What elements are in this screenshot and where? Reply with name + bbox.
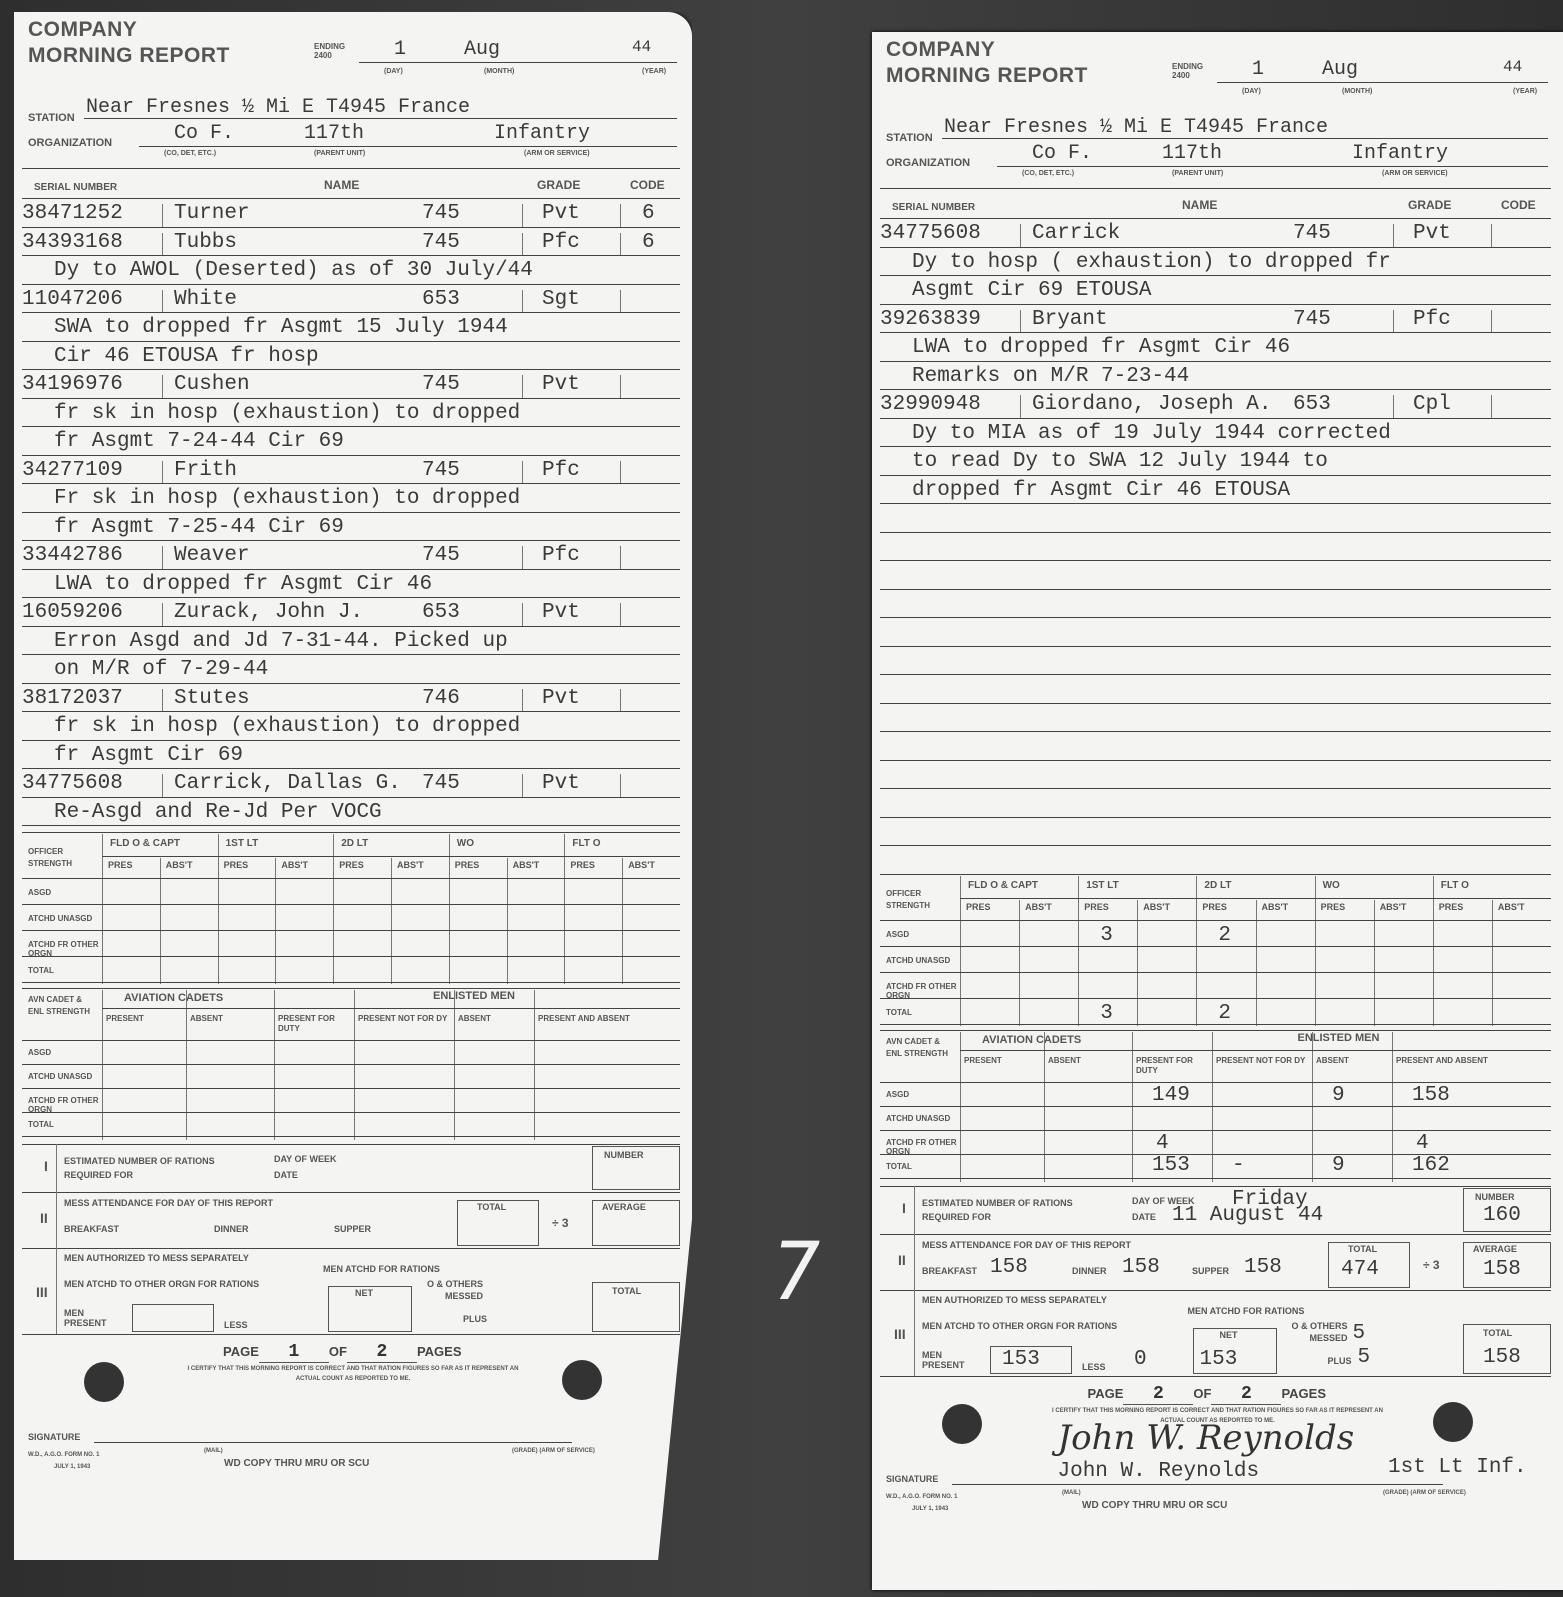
pages-label: PAGES: [417, 1344, 462, 1359]
col-name: NAME: [1182, 198, 1217, 212]
entry-serial: 38471252: [22, 202, 123, 225]
form-date: JULY 1, 1943: [54, 1464, 90, 1470]
enlisted-row-label: ATCHD UNASGD: [28, 1072, 100, 1081]
grand-total-label: TOTAL: [1483, 1328, 1512, 1338]
roman-i: I: [902, 1200, 906, 1216]
roman-ii: II: [898, 1252, 906, 1268]
entry-grade: Pvt: [542, 772, 580, 795]
blank-entry-rule: [880, 589, 1551, 590]
list-item: Dy to hosp ( exhaustion) to dropped fr: [872, 249, 1563, 278]
station-label: STATION: [28, 112, 75, 124]
serial-divider: [162, 290, 163, 313]
entry-grade: Pfc: [542, 459, 580, 482]
enlisted-col-divider: [186, 990, 187, 1140]
entry-rule: [22, 284, 680, 285]
organization-label: ORGANIZATION: [886, 157, 970, 169]
entry-rule: [22, 369, 680, 370]
grade-divider: [522, 689, 523, 712]
breakfast-label: BREAKFAST: [922, 1266, 977, 1276]
morning-report-page-1: COMPANYMORNING REPORTENDING 24001Aug44(D…: [14, 12, 692, 1560]
officer-row-label: ASGD: [886, 930, 958, 939]
enlisted-col-divider: [354, 990, 355, 1140]
org-arm: Infantry: [494, 122, 590, 145]
enlisted-row-label: ATCHD UNASGD: [886, 1114, 958, 1123]
roman-iii: III: [894, 1326, 906, 1342]
ending-day: 1: [1252, 58, 1264, 81]
entry-name: White: [174, 288, 237, 311]
entry-serial: 34196976: [22, 373, 123, 396]
org-unit: 117th: [304, 122, 364, 145]
officer-row-rule: [22, 982, 680, 983]
page-number-line: PAGE2OF2PAGES: [1088, 1384, 1327, 1405]
page-number-line: PAGE1OF2PAGES: [223, 1342, 462, 1363]
list-item: Dy to AWOL (Deserted) as of 30 July/44: [14, 257, 692, 286]
enlisted-col-divider: [960, 1032, 961, 1182]
station-line: [942, 138, 1548, 139]
entry-serial: 33442786: [22, 544, 123, 567]
blank-entry-rule: [880, 674, 1551, 675]
month-caption: (MONTH): [1342, 88, 1372, 95]
list-item: Remarks on M/R 7-23-44: [872, 363, 1563, 392]
roman-ii: II: [40, 1210, 48, 1226]
grade-divider: [522, 375, 523, 398]
abst-label: ABS'T: [1025, 902, 1052, 912]
entry-mos: 745: [422, 202, 460, 225]
entry-remark: Fr sk in hosp (exhaustion) to dropped: [54, 487, 520, 510]
blank-entry-rule: [880, 845, 1551, 846]
entry-rule: [22, 483, 680, 484]
officer-row-label: ATCHD UNASGD: [886, 956, 958, 965]
col-grade: GRADE: [537, 178, 580, 192]
enlisted-row-rule: [22, 1136, 680, 1137]
entry-grade: Pfc: [542, 544, 580, 567]
entry-name: Carrick: [1032, 222, 1120, 245]
pres-label: PRES: [108, 860, 133, 870]
net-label: NET: [355, 1288, 373, 1298]
code-divider: [620, 290, 621, 313]
entry-remark: Asgmt Cir 69 ETOUSA: [912, 279, 1151, 302]
enlisted-row-rule: [22, 1064, 680, 1065]
entry-grade: Pfc: [1413, 308, 1451, 331]
entry-rule: [22, 797, 680, 798]
enlisted-atchd-other-value: 4: [1156, 1132, 1169, 1155]
grade-divider: [522, 204, 523, 227]
serial-divider: [1020, 395, 1021, 418]
entry-rule: [22, 768, 680, 769]
entry-remark: Re-Asgd and Re-Jd Per VOCG: [54, 801, 382, 824]
entry-remark: to read Dy to SWA 12 July 1944 to: [912, 450, 1328, 473]
date-value: 11 August 44: [1172, 1204, 1323, 1227]
officer-group-3: WO: [1323, 880, 1340, 891]
officer-row-rule: [880, 946, 1551, 947]
others-messed-label: O & OTHERS MESSED: [403, 1278, 483, 1302]
entry-rule: [22, 255, 680, 256]
entry-name: Weaver: [174, 544, 250, 567]
pres-label: PRES: [966, 902, 991, 912]
rations-rule-2: [22, 1248, 680, 1249]
list-item: Re-Asgd and Re-Jd Per VOCG: [14, 799, 692, 828]
entry-rule: [22, 398, 680, 399]
enlisted-row-rule: [880, 1178, 1551, 1179]
pages-label: PAGES: [1281, 1386, 1326, 1401]
enlisted-col-0: PRESENT: [106, 1014, 184, 1024]
enlisted-row-label: TOTAL: [886, 1162, 958, 1171]
entry-grade: Sgt: [542, 288, 580, 311]
entry-rule: [22, 426, 680, 427]
blank-entry-rule: [880, 817, 1551, 818]
sub-divider: [391, 858, 392, 984]
pres-label: PRES: [1084, 902, 1109, 912]
year-caption: (YEAR): [642, 68, 666, 75]
enlisted-total-value: -: [1232, 1154, 1245, 1177]
officer-row-rule: [22, 930, 680, 931]
entry-serial: 34775608: [22, 772, 123, 795]
entry-serial: 11047206: [22, 288, 123, 311]
abst-label: ABS'T: [166, 860, 193, 870]
enlisted-header-bottom: [880, 1082, 1551, 1083]
less-label: LESS: [1082, 1362, 1106, 1372]
enlisted-col-3: PRESENT NOT FOR DY: [358, 1014, 452, 1024]
of-label: OF: [329, 1344, 347, 1359]
entry-rule: [22, 227, 680, 228]
of-label: OF: [1193, 1386, 1211, 1401]
entry-serial: 34775608: [880, 222, 981, 245]
entry-rule: [880, 332, 1551, 333]
officer-row-label: ATCHD UNASGD: [28, 914, 100, 923]
entry-code: 6: [642, 231, 655, 254]
supper-value: 158: [1244, 1256, 1282, 1279]
code-divider: [620, 461, 621, 484]
entry-mos: 745: [1293, 308, 1331, 331]
entry-grade: Cpl: [1413, 393, 1451, 416]
enlisted-row-rule: [22, 1088, 680, 1089]
enlisted-header-bottom: [22, 1040, 680, 1041]
list-item: 38172037Stutes746Pvt: [14, 685, 692, 714]
entry-rule: [880, 418, 1551, 419]
page-total: 2: [1211, 1384, 1281, 1405]
enlisted-strength-label: AVN CADET & ENL STRENGTH: [28, 994, 98, 1018]
entry-grade: Pvt: [1413, 222, 1451, 245]
enlisted-asgd-value: 149: [1152, 1084, 1190, 1107]
entry-rule: [22, 455, 680, 456]
entry-rule: [22, 569, 680, 570]
list-item: 11047206White653Sgt: [14, 286, 692, 315]
entry-remark: fr Asgmt Cir 69: [54, 744, 243, 767]
officer-row-rule: [22, 904, 680, 905]
form-number: W.D., A.G.O. FORM NO. 1: [886, 1494, 957, 1500]
sub-divider: [1374, 900, 1375, 1026]
enlisted-row-rule: [880, 1130, 1551, 1131]
entry-remark: Dy to AWOL (Deserted) as of 30 July/44: [54, 259, 533, 282]
org-unit: 117th: [1162, 142, 1222, 165]
ending-date-line: [359, 62, 677, 63]
entry-name: Turner: [174, 202, 250, 225]
enlisted-col-1: ABSENT: [1048, 1056, 1130, 1066]
station-value: Near Fresnes ½ Mi E T4945 France: [944, 116, 1328, 139]
abst-label: ABS'T: [1262, 902, 1289, 912]
entry-remark: LWA to dropped fr Asgmt Cir 46: [912, 336, 1290, 359]
entry-name: Giordano, Joseph A.: [1032, 393, 1271, 416]
enlisted-col-divider: [1392, 1032, 1393, 1182]
day-caption: (DAY): [1242, 88, 1261, 95]
morning-report-page-2: COMPANYMORNING REPORTENDING 24001Aug44(D…: [872, 32, 1563, 1590]
officer-row-rule: [880, 1024, 1551, 1025]
number-value: 160: [1483, 1204, 1521, 1227]
sub-divider: [160, 858, 161, 984]
enlisted-header-rule: [960, 1050, 1551, 1051]
entry-serial: 38172037: [22, 687, 123, 710]
list-item: Cir 46 ETOUSA fr hosp: [14, 343, 692, 372]
org-company: Co F.: [1032, 142, 1092, 165]
list-item: 33442786Weaver745Pfc: [14, 542, 692, 571]
signature-script: John W. Reynolds: [1058, 1418, 1355, 1458]
abst-label: ABS'T: [1143, 902, 1170, 912]
code-divider: [1491, 395, 1492, 418]
organization-label: ORGANIZATION: [28, 137, 112, 149]
list-item: 34775608Carrick, Dallas G.745Pvt: [14, 770, 692, 799]
enlisted-asgd-value: 9: [1332, 1084, 1345, 1107]
supper-label: SUPPER: [1192, 1266, 1229, 1276]
list-item: 16059206Zurack, John J.653Pvt: [14, 599, 692, 628]
entry-remark: on M/R of 7-29-44: [54, 658, 268, 681]
enlisted-col-divider: [1132, 1032, 1133, 1182]
pres-label: PRES: [339, 860, 364, 870]
enlisted-col-5: PRESENT AND ABSENT: [538, 1014, 678, 1024]
entry-mos: 745: [422, 231, 460, 254]
code-divider: [620, 774, 621, 797]
entry-mos: 745: [1293, 222, 1331, 245]
blank-entry-rule: [880, 703, 1551, 704]
entry-mos: 746: [422, 687, 460, 710]
abst-label: ABS'T: [513, 860, 540, 870]
dinner-label: DINNER: [214, 1224, 249, 1234]
org-caption-arm: (ARM OR SERVICE): [524, 150, 590, 157]
average-value: 158: [1483, 1258, 1521, 1281]
officer-row-rule: [880, 998, 1551, 999]
enlisted-col-5: PRESENT AND ABSENT: [1396, 1056, 1549, 1066]
mess-attendance-label: MESS ATTENDANCE FOR DAY OF THIS REPORT: [922, 1240, 1131, 1250]
entry-mos: 745: [422, 373, 460, 396]
plus-label: PLUS: [1328, 1356, 1352, 1366]
entry-rule: [22, 341, 680, 342]
entry-serial: 34277109: [22, 459, 123, 482]
sub-divider: [1256, 900, 1257, 1026]
form-subtitle: MORNING REPORT: [28, 44, 230, 68]
list-item: Fr sk in hosp (exhaustion) to dropped: [14, 485, 692, 514]
dinner-label: DINNER: [1072, 1266, 1107, 1276]
list-item: to read Dy to SWA 12 July 1944 to: [872, 448, 1563, 477]
org-caption-company: (CO, DET, ETC.): [164, 150, 216, 157]
enlisted-asgd-value: 158: [1412, 1084, 1450, 1107]
officer-group-1: 1ST LT: [1086, 880, 1119, 891]
entry-remark: fr sk in hosp (exhaustion) to dropped: [54, 715, 520, 738]
entry-rule: [22, 654, 680, 655]
col-serial-number: SERIAL NUMBER: [892, 202, 975, 213]
enlisted-col-divider: [1212, 1032, 1213, 1182]
binder-hole-left: [942, 1404, 982, 1444]
list-item: Dy to MIA as of 19 July 1944 corrected: [872, 420, 1563, 449]
signature-label: SIGNATURE: [886, 1474, 938, 1484]
code-divider: [620, 689, 621, 712]
enlisted-col-0: PRESENT: [964, 1056, 1042, 1066]
serial-divider: [162, 375, 163, 398]
officer-row-rule: [880, 972, 1551, 973]
officer-row-rule: [22, 956, 680, 957]
enlisted-col-divider: [1312, 1032, 1313, 1182]
mess-separately-label: MEN AUTHORIZED TO MESS SEPARATELY: [922, 1294, 1122, 1306]
mail-label: (MAIL): [1062, 1490, 1081, 1496]
code-divider: [1491, 224, 1492, 247]
blank-entry-rule: [880, 731, 1551, 732]
enlisted-col-divider: [534, 990, 535, 1140]
atchd-other-label: MEN ATCHD TO OTHER ORGN FOR RATIONS: [922, 1320, 1122, 1332]
grade-divider: [522, 461, 523, 484]
men-present-box: [132, 1304, 214, 1332]
entry-rule: [22, 312, 680, 313]
sub-divider: [622, 858, 623, 984]
total-1st-lt-pres: 3: [1100, 1002, 1113, 1025]
header-bottom-rule: [22, 198, 680, 199]
pres-label: PRES: [455, 860, 480, 870]
org-caption-unit: (PARENT UNIT): [1172, 170, 1223, 177]
signature-label: SIGNATURE: [28, 1432, 80, 1442]
blank-entry-rule: [880, 560, 1551, 561]
entry-remark: dropped fr Asgmt Cir 46 ETOUSA: [912, 479, 1290, 502]
page-label: PAGE: [223, 1344, 259, 1359]
aviation-cadets-label: AVIATION CADETS: [982, 1034, 1081, 1046]
serial-divider: [162, 233, 163, 256]
blank-entry-rule: [880, 760, 1551, 761]
grade-divider: [522, 546, 523, 569]
grade-arm-caption: (GRADE) (ARM OF SERVICE): [1383, 1490, 1466, 1496]
roman-i: I: [44, 1158, 48, 1174]
number-label: NUMBER: [604, 1150, 644, 1160]
entry-name: Zurack, John J.: [174, 601, 363, 624]
enlisted-col-1: ABSENT: [190, 1014, 272, 1024]
entry-serial: 34393168: [22, 231, 123, 254]
enlisted-col-4: ABSENT: [458, 1014, 532, 1024]
org-caption-unit: (PARENT UNIT): [314, 150, 365, 157]
total-2d-lt-pres: 2: [1218, 1002, 1231, 1025]
ending-label: ENDING 2400: [1172, 62, 1212, 80]
atchd-for-rations-label: MEN ATCHD FOR RATIONS: [1188, 1306, 1305, 1316]
enlisted-col-divider: [1044, 1032, 1045, 1182]
entry-mos: 745: [422, 772, 460, 795]
station-label: STATION: [886, 132, 933, 144]
enlisted-section-top: [22, 988, 680, 989]
enlisted-row-label: ASGD: [886, 1090, 958, 1099]
list-item: 38471252Turner745Pvt6: [14, 200, 692, 229]
serial-divider: [1020, 310, 1021, 333]
ending-month: Aug: [464, 38, 500, 61]
grade-divider: [522, 774, 523, 797]
rations-rule-2: [880, 1290, 1551, 1291]
officer-row-label: TOTAL: [28, 966, 100, 975]
grade-divider: [522, 603, 523, 626]
list-item: 34196976Cushen745Pvt: [14, 371, 692, 400]
station-value: Near Fresnes ½ Mi E T4945 France: [86, 96, 470, 119]
sub-divider: [275, 858, 276, 984]
entry-rule: [880, 389, 1551, 390]
breakfast-value: 158: [990, 1256, 1028, 1279]
serial-divider: [162, 774, 163, 797]
grade-arm-caption: (GRADE) (ARM OF SERVICE): [512, 1448, 595, 1454]
binder-hole-right: [1433, 1402, 1473, 1442]
entry-rule: [22, 711, 680, 712]
enlisted-strength-label: AVN CADET & ENL STRENGTH: [886, 1036, 956, 1060]
form-number: W.D., A.G.O. FORM NO. 1: [28, 1452, 99, 1458]
list-item: dropped fr Asgmt Cir 46 ETOUSA: [872, 477, 1563, 506]
entry-rule: [22, 540, 680, 541]
entry-rule: [880, 503, 1551, 504]
entry-rule: [22, 597, 680, 598]
certification-text: I CERTIFY THAT THIS MORNING REPORT IS CO…: [183, 1364, 523, 1384]
officer-section-top: [22, 832, 680, 833]
sub-divider: [1019, 900, 1020, 1026]
enlisted-col-divider: [274, 990, 275, 1140]
form-title: COMPANY: [28, 18, 137, 42]
enlisted-men-label: ENLISTED MEN: [433, 990, 515, 1002]
officer-group-3: WO: [457, 838, 474, 849]
enlisted-row-rule: [880, 1154, 1551, 1155]
signature-typed: John W. Reynolds: [1058, 1460, 1260, 1483]
grade-divider: [522, 290, 523, 313]
roman-iii: III: [36, 1284, 48, 1300]
page-label: PAGE: [1088, 1386, 1124, 1401]
entry-remark: Dy to hosp ( exhaustion) to dropped fr: [912, 251, 1391, 274]
entry-rule: [880, 446, 1551, 447]
atchd-for-rations-label: MEN ATCHD FOR RATIONS: [323, 1264, 440, 1274]
binder-hole-right: [562, 1360, 602, 1400]
list-item: LWA to dropped fr Asgmt Cir 46: [872, 334, 1563, 363]
serial-divider: [162, 546, 163, 569]
col-code: CODE: [630, 178, 665, 192]
enlisted-col-divider: [454, 990, 455, 1140]
page-total: 2: [347, 1342, 417, 1363]
entry-remark: LWA to dropped fr Asgmt Cir 46: [54, 573, 432, 596]
header-bottom-rule: [880, 218, 1551, 219]
org-company: Co F.: [174, 122, 234, 145]
enlisted-total-value: 9: [1332, 1154, 1345, 1177]
rations-est-label: ESTIMATED NUMBER OF RATIONS REQUIRED FOR: [64, 1154, 254, 1182]
date-label: DATE: [1132, 1212, 1156, 1222]
entry-rule: [880, 475, 1551, 476]
officer-header-bottom: [22, 878, 680, 879]
grand-total-label: TOTAL: [612, 1286, 641, 1296]
pres-label: PRES: [1321, 902, 1346, 912]
list-item: fr sk in hosp (exhaustion) to dropped: [14, 400, 692, 429]
day-caption: (DAY): [384, 68, 403, 75]
signature-rank: 1st Lt Inf.: [1388, 1456, 1527, 1479]
list-item: SWA to dropped fr Asgmt 15 July 1944: [14, 314, 692, 343]
officer-group-4: FLT O: [1441, 880, 1469, 891]
others-messed-label: O & OTHERS MESSED: [1268, 1320, 1348, 1344]
org-caption-arm: (ARM OR SERVICE): [1382, 170, 1448, 177]
dinner-value: 158: [1122, 1256, 1160, 1279]
asgd-2d-lt-pres: 2: [1218, 924, 1231, 947]
average-label: AVERAGE: [602, 1202, 646, 1212]
others-messed-value: 5: [1353, 1322, 1366, 1345]
entry-serial: 32990948: [880, 393, 981, 416]
entry-mos: 653: [422, 601, 460, 624]
entry-remark: fr sk in hosp (exhaustion) to dropped: [54, 402, 520, 425]
entry-grade: Pvt: [542, 601, 580, 624]
page-number: 1: [259, 1342, 329, 1363]
entry-remark: SWA to dropped fr Asgmt 15 July 1944: [54, 316, 508, 339]
divide-sign: ÷ 3: [1423, 1258, 1440, 1272]
code-divider: [1491, 310, 1492, 333]
year-caption: (YEAR): [1513, 88, 1537, 95]
